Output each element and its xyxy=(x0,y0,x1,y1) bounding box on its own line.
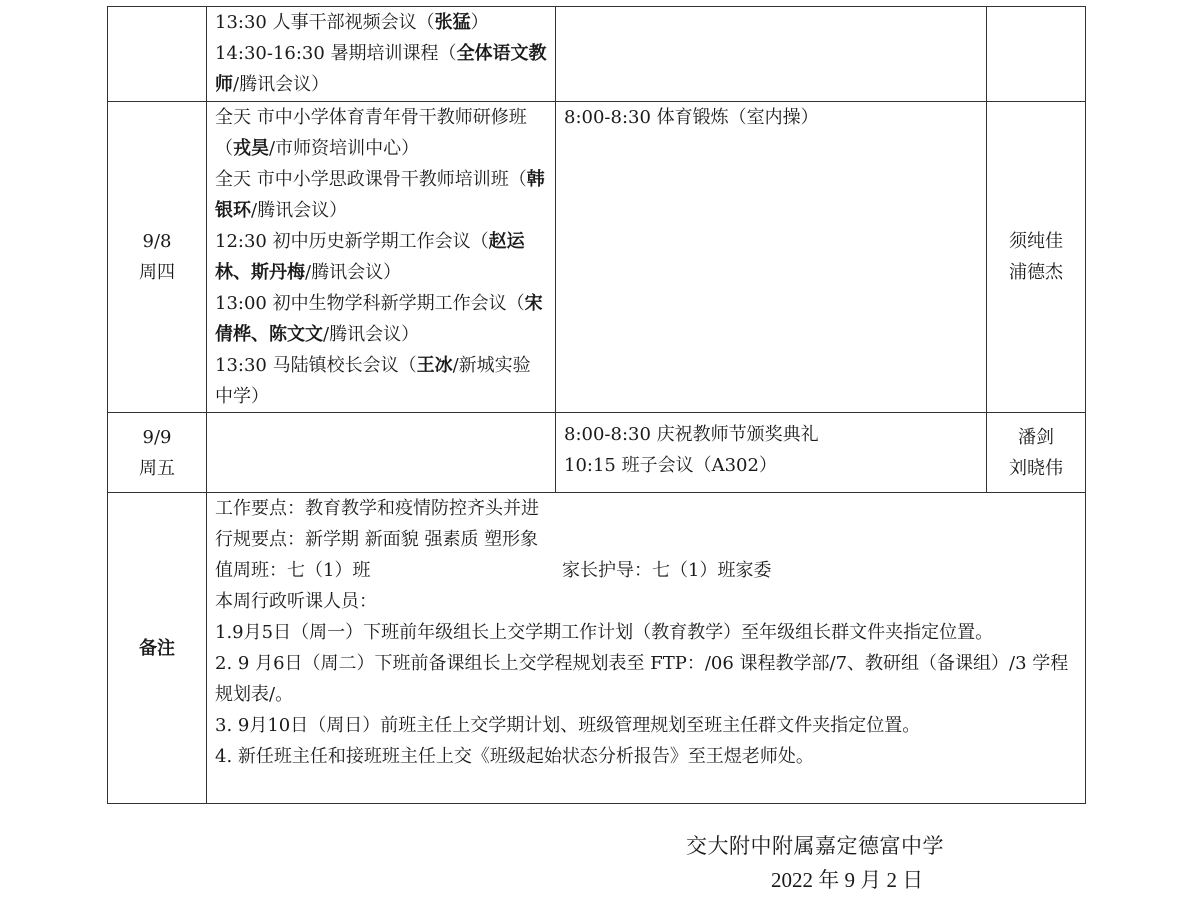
date-cell: 9/8 周四 xyxy=(108,102,207,413)
remark-item: 2. 9 月6日（周二）下班前备课组长上交学程规划表至 FTP：/06 课程教学… xyxy=(215,648,1077,710)
remarks-content: 工作要点：教育教学和疫情防控齐头并进 行规要点：新学期 新面貌 强素质 塑形象 … xyxy=(207,493,1086,804)
observers-label: 本周行政听课人员： xyxy=(215,586,1077,617)
conduct-focus: 行规要点：新学期 新面貌 强素质 塑形象 xyxy=(215,524,1077,555)
duty-person: 潘剑 xyxy=(989,422,1083,453)
event-entry: 14:30-16:30 暑期培训课程（全体语文教师/腾讯会议） xyxy=(215,38,547,100)
date-label: 9/9 xyxy=(110,422,204,453)
events-cell-b: 8:00-8:30 体育锻炼（室内操） xyxy=(556,102,987,413)
events-cell-a xyxy=(207,413,556,493)
events-cell-b: 8:00-8:30 庆祝教师节颁奖典礼 10:15 班子会议（A302） xyxy=(556,413,987,493)
remark-item: 3. 9月10日（周日）前班主任上交学期计划、班级管理规划至班主任群文件夹指定位… xyxy=(215,710,1077,741)
schedule-row-friday: 9/9 周五 8:00-8:30 庆祝教师节颁奖典礼 10:15 班子会议（A3… xyxy=(108,413,1086,493)
event-entry: 8:00-8:30 庆祝教师节颁奖典礼 xyxy=(564,419,978,450)
remarks-row: 备注 工作要点：教育教学和疫情防控齐头并进 行规要点：新学期 新面貌 强素质 塑… xyxy=(108,493,1086,804)
events-cell-a: 全天 市中小学体育青年骨干教师研修班（戎昊/市师资培训中心） 全天 市中小学思政… xyxy=(207,102,556,413)
events-cell-a: 13:30 人事干部视频会议（张猛） 14:30-16:30 暑期培训课程（全体… xyxy=(207,7,556,102)
events-cell-b xyxy=(556,7,987,102)
event-entry: 8:00-8:30 体育锻炼（室内操） xyxy=(564,102,978,133)
event-entry: 13:00 初中生物学科新学期工作会议（宋倩桦、陈文文/腾讯会议） xyxy=(215,288,547,350)
event-entry: 全天 市中小学思政课骨干教师培训班（韩银环/腾讯会议） xyxy=(215,164,547,226)
remark-item: 1.9月5日（周一）下班前年级组长上交学期工作计划（教育教学）至年级组长群文件夹… xyxy=(215,617,1077,648)
event-entry: 13:30 马陆镇校长会议（王冰/新城实验中学） xyxy=(215,350,547,412)
duty-class: 值周班：七（1）班 xyxy=(215,555,562,586)
duty-person: 须纯佳 xyxy=(989,226,1083,257)
duty-person: 刘晓伟 xyxy=(989,453,1083,484)
schedule-row-thursday: 9/8 周四 全天 市中小学体育青年骨干教师研修班（戎昊/市师资培训中心） 全天… xyxy=(108,102,1086,413)
work-focus: 工作要点：教育教学和疫情防控齐头并进 xyxy=(215,493,1077,524)
weekday-label: 周四 xyxy=(110,257,204,288)
event-entry: 10:15 班子会议（A302） xyxy=(564,450,978,481)
parent-guard: 家长护导：七（1）班家委 xyxy=(562,555,771,586)
weekly-schedule-table: 13:30 人事干部视频会议（张猛） 14:30-16:30 暑期培训课程（全体… xyxy=(107,6,1086,804)
date-cell: 9/9 周五 xyxy=(108,413,207,493)
event-entry: 13:30 人事干部视频会议（张猛） xyxy=(215,7,547,38)
weekday-label: 周五 xyxy=(110,453,204,484)
duty-info: 值周班：七（1）班 家长护导：七（1）班家委 xyxy=(215,555,1077,586)
duty-cell: 须纯佳 浦德杰 xyxy=(987,102,1086,413)
date-cell xyxy=(108,7,207,102)
event-entry: 12:30 初中历史新学期工作会议（赵运林、斯丹梅/腾讯会议） xyxy=(215,226,547,288)
duty-person: 浦德杰 xyxy=(989,257,1083,288)
remark-item: 4. 新任班主任和接班班主任上交《班级起始状态分析报告》至王煜老师处。 xyxy=(215,741,1077,772)
date-label: 9/8 xyxy=(110,226,204,257)
schedule-row-continued: 13:30 人事干部视频会议（张猛） 14:30-16:30 暑期培训课程（全体… xyxy=(108,7,1086,102)
school-name: 交大附中附属嘉定德富中学 xyxy=(686,830,944,860)
duty-cell: 潘剑 刘晓伟 xyxy=(987,413,1086,493)
issue-date: 2022 年 9 月 2 日 xyxy=(771,864,923,894)
event-entry: 全天 市中小学体育青年骨干教师研修班（戎昊/市师资培训中心） xyxy=(215,102,547,164)
remarks-label: 备注 xyxy=(108,493,207,804)
duty-cell xyxy=(987,7,1086,102)
